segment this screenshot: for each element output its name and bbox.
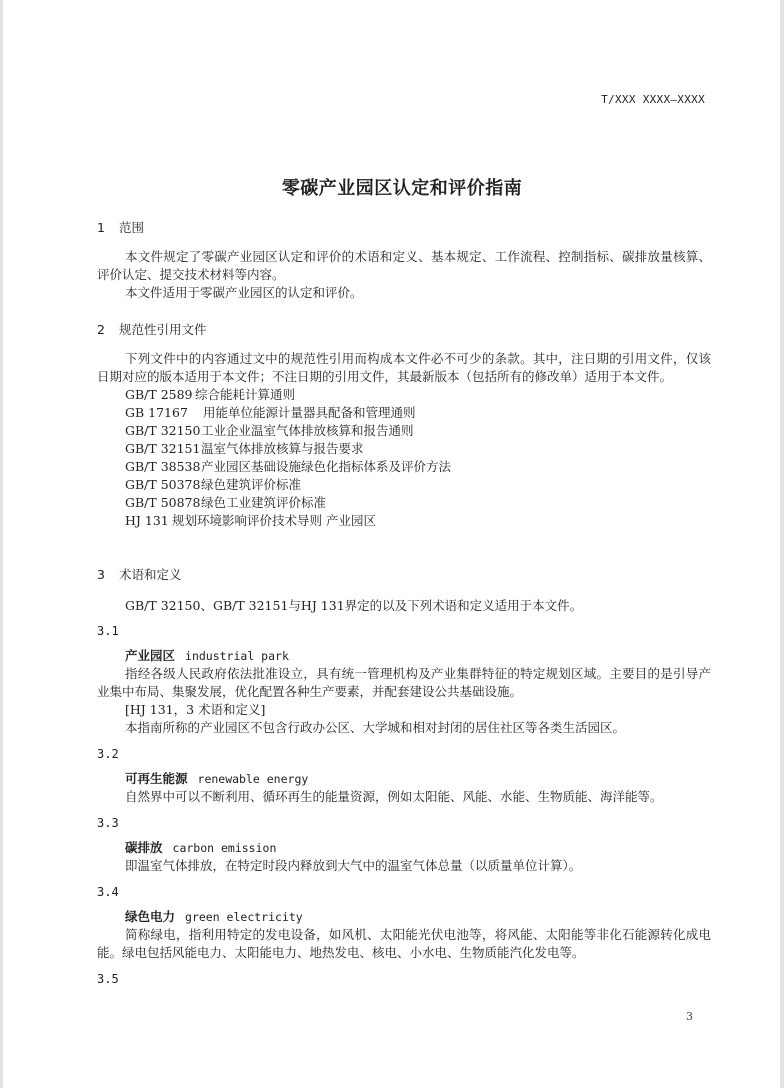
term-renewable-energy: 可再生能源renewable energy 自然界中可以不断利用、循环再生的能量… bbox=[97, 770, 711, 806]
term-source: [HJ 131，3 术语和定义] bbox=[97, 701, 711, 719]
reference-title: 规划环境影响评价技术导则 产业园区 bbox=[172, 513, 376, 528]
term-english: renewable energy bbox=[198, 772, 309, 786]
term-industrial-park: 产业园区industrial park 指经各级人民政府依法批准设立，具有统一管… bbox=[97, 647, 711, 737]
section-title: 规范性引用文件 bbox=[119, 322, 207, 337]
reference-item: HJ 131规划环境影响评价技术导则 产业园区 bbox=[97, 512, 711, 530]
term-number: 3.5 bbox=[97, 972, 119, 986]
reference-item: GB 17167用能单位能源计量器具配备和管理通则 bbox=[97, 404, 711, 422]
term-number: 3.3 bbox=[97, 816, 119, 830]
reference-item: GB/T 32150工业企业温室气体排放核算和报告通则 bbox=[97, 422, 711, 440]
section-number: 3 bbox=[97, 567, 119, 582]
term-note: 本指南所称的产业园区不包含行政办公区、大学城和相对封闭的居住社区等各类生活园区。 bbox=[97, 719, 711, 737]
term-definition: 即温室气体排放，在特定时段内释放到大气中的温室气体总量（以质量单位计算）。 bbox=[97, 857, 711, 875]
term-carbon-emission: 碳排放carbon emission 即温室气体排放，在特定时段内释放到大气中的… bbox=[97, 839, 711, 875]
term-heading: 碳排放carbon emission bbox=[97, 839, 711, 857]
reference-item: GB/T 38538产业园区基础设施绿色化指标体系及评价方法 bbox=[97, 458, 711, 476]
reference-code: GB/T 50378 bbox=[125, 476, 201, 494]
reference-code: HJ 131 bbox=[125, 512, 172, 530]
reference-title: 绿色工业建筑评价标准 bbox=[201, 495, 326, 510]
reference-item: GB/T 2589综合能耗计算通则 bbox=[97, 386, 711, 404]
reference-title: 工业企业温室气体排放核算和报告通则 bbox=[201, 423, 414, 438]
reference-title: 温室气体排放核算与报告要求 bbox=[201, 441, 364, 456]
term-english: carbon emission bbox=[173, 841, 277, 855]
term-heading: 产业园区industrial park bbox=[97, 647, 711, 665]
section-title: 术语和定义 bbox=[119, 567, 182, 582]
reference-code: GB/T 2589 bbox=[125, 386, 195, 404]
reference-code: GB/T 32150 bbox=[125, 422, 201, 440]
term-english: green electricity bbox=[185, 910, 303, 924]
terms-intro: GB/T 32150、GB/T 32151与HJ 131界定的以及下列术语和定义… bbox=[97, 597, 711, 615]
scope-body: 本文件规定了零碳产业园区认定和评价的术语和定义、基本规定、工作流程、控制指标、碳… bbox=[97, 248, 711, 302]
reference-code: GB/T 32151 bbox=[125, 440, 201, 458]
reference-item: GB/T 50378绿色建筑评价标准 bbox=[97, 476, 711, 494]
term-chinese: 碳排放 bbox=[125, 840, 163, 855]
page-number: 3 bbox=[686, 1010, 693, 1023]
section-heading-scope: 1范围 bbox=[97, 218, 144, 236]
reference-item: GB/T 32151温室气体排放核算与报告要求 bbox=[97, 440, 711, 458]
term-chinese: 产业园区 bbox=[125, 648, 175, 663]
term-definition: 指经各级人民政府依法批准设立，具有统一管理机构及产业集群特征的特定规划区域。主要… bbox=[97, 665, 711, 701]
reference-item: GB/T 50878绿色工业建筑评价标准 bbox=[97, 494, 711, 512]
term-chinese: 可再生能源 bbox=[125, 771, 188, 786]
reference-title: 绿色建筑评价标准 bbox=[201, 477, 301, 492]
paragraph: GB/T 32150、GB/T 32151与HJ 131界定的以及下列术语和定义… bbox=[97, 597, 711, 615]
term-chinese: 绿色电力 bbox=[125, 909, 175, 924]
reference-title: 用能单位能源计量器具配备和管理通则 bbox=[203, 405, 416, 420]
reference-code: GB/T 38538 bbox=[125, 458, 201, 476]
term-definition: 简称绿电，指利用特定的发电设备，如风机、太阳能光伏电池等，将风能、太阳能等非化石… bbox=[97, 926, 711, 962]
section-title: 范围 bbox=[119, 220, 144, 235]
reference-title: 产业园区基础设施绿色化指标体系及评价方法 bbox=[201, 459, 451, 474]
reference-title: 综合能耗计算通则 bbox=[195, 387, 295, 402]
term-heading: 绿色电力green electricity bbox=[97, 908, 711, 926]
reference-code: GB/T 50878 bbox=[125, 494, 201, 512]
document-title: 零碳产业园区认定和评价指南 bbox=[3, 174, 784, 200]
term-number: 3.2 bbox=[97, 747, 119, 761]
term-heading: 可再生能源renewable energy bbox=[97, 770, 711, 788]
document-page: T/XXX XXXX—XXXX 零碳产业园区认定和评价指南 1范围 本文件规定了… bbox=[3, 0, 780, 1088]
reference-code: GB 17167 bbox=[125, 404, 203, 422]
paragraph: 本文件规定了零碳产业园区认定和评价的术语和定义、基本规定、工作流程、控制指标、碳… bbox=[97, 248, 711, 284]
section-number: 1 bbox=[97, 220, 119, 235]
section-number: 2 bbox=[97, 322, 119, 337]
term-green-electricity: 绿色电力green electricity 简称绿电，指利用特定的发电设备，如风… bbox=[97, 908, 711, 962]
term-number: 3.1 bbox=[97, 624, 119, 638]
term-number: 3.4 bbox=[97, 885, 119, 899]
section-heading-terms-definitions: 3术语和定义 bbox=[97, 565, 182, 583]
paragraph: 本文件适用于零碳产业园区的认定和评价。 bbox=[97, 284, 711, 302]
normative-references-body: 下列文件中的内容通过文中的规范性引用而构成本文件必不可少的条款。其中，注日期的引… bbox=[97, 350, 711, 530]
document-code: T/XXX XXXX—XXXX bbox=[601, 93, 705, 106]
paragraph: 下列文件中的内容通过文中的规范性引用而构成本文件必不可少的条款。其中，注日期的引… bbox=[97, 350, 711, 386]
section-heading-normative-references: 2规范性引用文件 bbox=[97, 320, 207, 338]
term-english: industrial park bbox=[185, 649, 289, 663]
term-definition: 自然界中可以不断利用、循环再生的能量资源，例如太阳能、风能、水能、生物质能、海洋… bbox=[97, 788, 711, 806]
